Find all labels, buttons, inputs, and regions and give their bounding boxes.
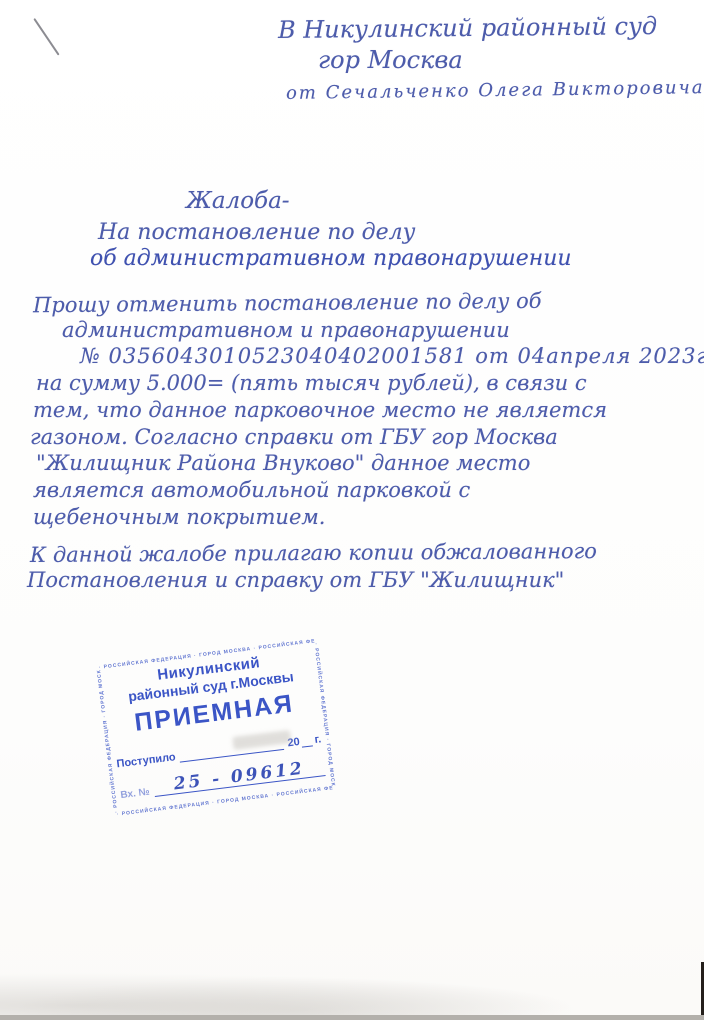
- header-court-line: В Никулинский районный суд: [278, 12, 657, 44]
- stamp-entry-number-handwritten: 25 - 09612: [173, 759, 306, 795]
- attachments-line: К данной жалобе прилагаю копии обжалован…: [30, 539, 597, 567]
- body-line-case-number: № 0356043010523040402001581 от 04апреля …: [80, 344, 704, 368]
- body-line: на сумму 5.000= (пять тысяч рублей), в с…: [36, 371, 587, 395]
- document-subtitle-line2: об административном правонарушении: [90, 246, 572, 271]
- body-line: Прошу отменить постановление по делу об: [33, 289, 542, 317]
- stamp-year-blank-line: [301, 733, 314, 747]
- scan-shadow-smudge: [0, 967, 660, 1015]
- fold-mark: [33, 18, 59, 56]
- body-line: является автомобильной парковкой с: [33, 478, 470, 502]
- body-line: щебеночным покрытием.: [33, 505, 325, 529]
- scanned-document-page: В Никулинский районный суд гор Москва от…: [0, 0, 704, 1020]
- stamp-content: Никулинский районный суд г.Москвы ПРИЕМН…: [105, 648, 326, 810]
- document-subtitle-line1: На постановление по делу: [98, 220, 415, 245]
- document-title: Жалоба-: [186, 188, 290, 214]
- body-line: тем, что данное парковочное место не явл…: [33, 398, 607, 422]
- header-city-line: гор Москва: [318, 46, 463, 74]
- body-line: "Жилищник Района Внуково" данное место: [36, 451, 530, 475]
- body-line: административном и правонарушении: [62, 318, 510, 342]
- court-reception-stamp: · РОССИЙСКАЯ ФЕДЕРАЦИЯ · ГОРОД МОСКВА · …: [94, 637, 337, 819]
- stamp-received-label: Поступило: [116, 751, 176, 770]
- stamp-year-suffix: г.: [314, 733, 322, 746]
- stamp-entry-label: Вх. №: [120, 787, 150, 801]
- scan-edge-bottom: [0, 1015, 704, 1020]
- attachments-line: Постановления и справку от ГБУ "Жилищник…: [27, 568, 564, 592]
- body-line: газоном. Согласно справки от ГБУ гор Мос…: [30, 425, 558, 449]
- header-from-line: от Сечальченко Олега Викторовича: [286, 77, 704, 104]
